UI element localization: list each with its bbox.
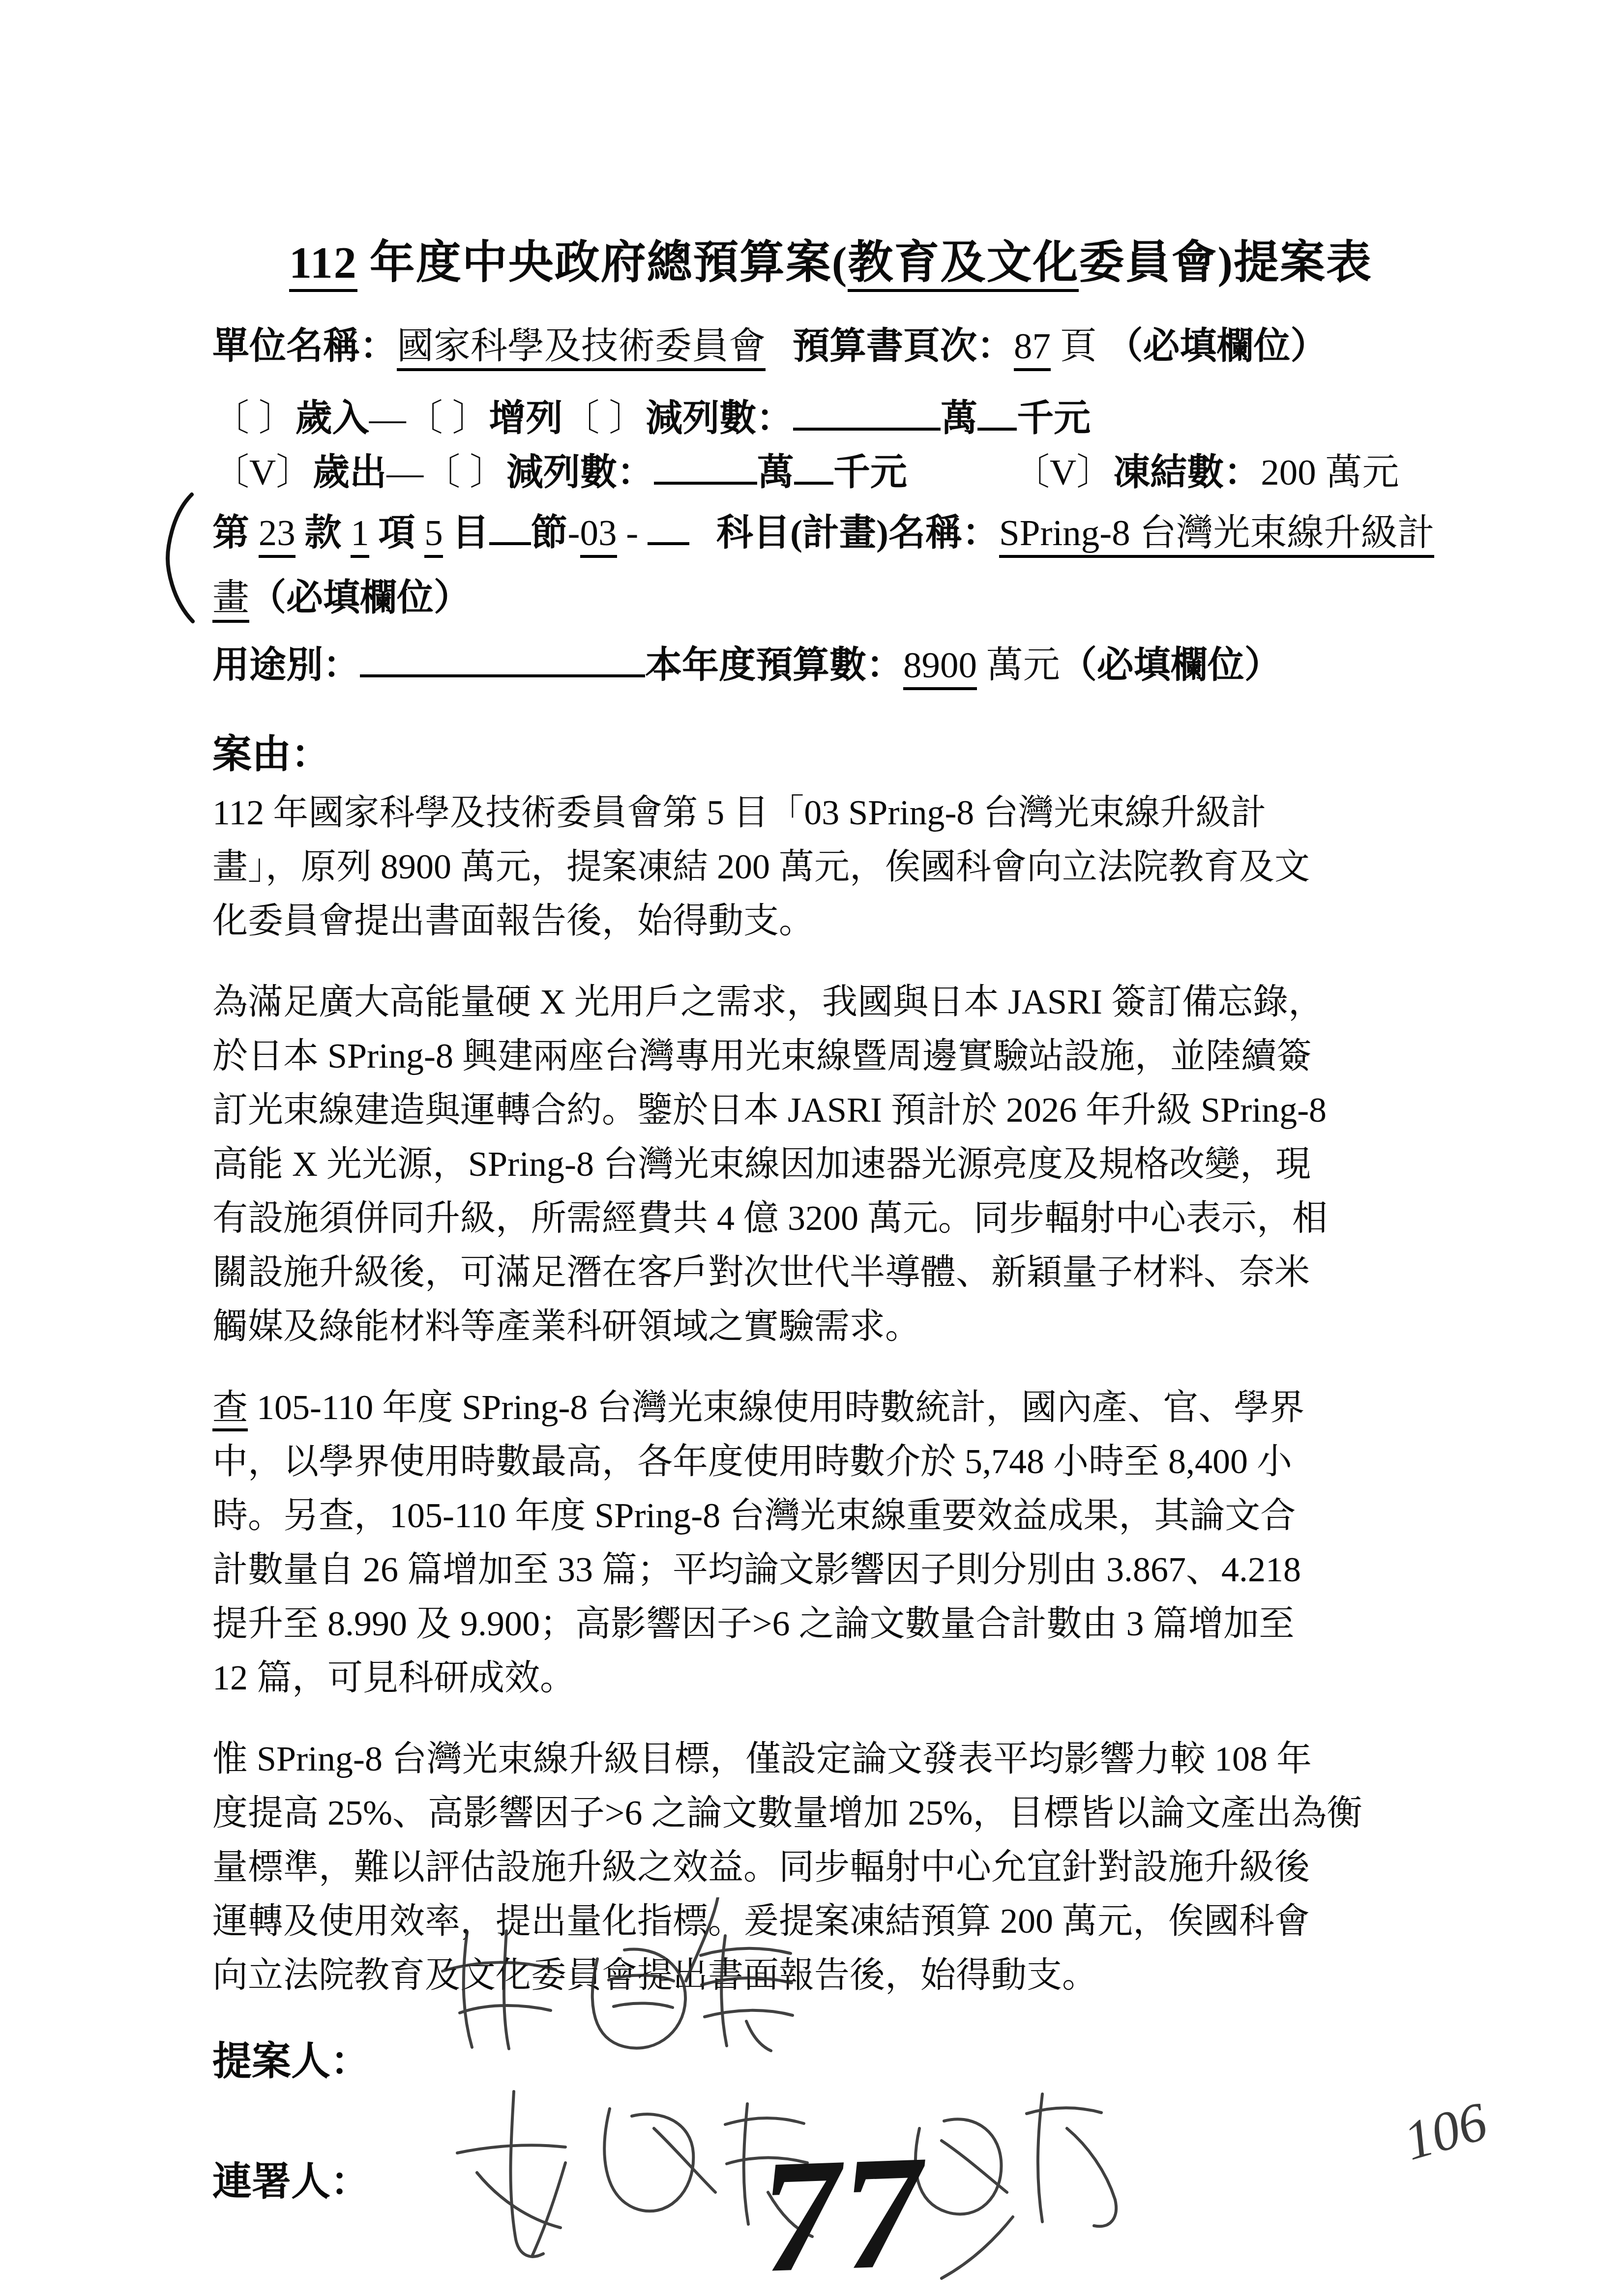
- blank-amount-field: [794, 453, 833, 485]
- case-paragraph-4: 惟 SPring-8 台灣光束線升級目標，僅設定論文發表平均影響力較 108 年…: [212, 1732, 1449, 2002]
- current-budget-label: 本年度預算數：: [645, 645, 903, 686]
- title-tail: 委員會)提案表: [1079, 237, 1372, 288]
- subject-name-value-cont: 畫: [212, 578, 249, 623]
- checkbox-checked: 〔V〕: [212, 452, 313, 493]
- subject-name-label: 科目(計畫)名稱：: [716, 513, 999, 553]
- budget-item-row: 第 23 款 1 項 5 目節-03 - 科目(計畫)名稱：SPring-8 台…: [212, 507, 1449, 560]
- page-title: 112 年度中央政府總預算案(教育及文化委員會)提案表: [212, 226, 1449, 291]
- revenue-row: 〔 〕歲入—〔 〕增列〔 〕減列數：萬千元: [212, 393, 1449, 445]
- blank-amount-field: [793, 399, 941, 431]
- blank-amount-field: [654, 453, 757, 485]
- usage-row: 用途別：本年度預算數：8900 萬元（必填欄位）: [212, 639, 1449, 692]
- add-listed-label: 增列: [489, 398, 563, 439]
- proposer-label: 提案人：: [212, 2029, 1449, 2086]
- unit-name-label: 單位名稱：: [212, 326, 397, 367]
- document-content: 112 年度中央政府總預算案(教育及文化委員會)提案表 單位名稱：國家科學及技術…: [212, 226, 1449, 2206]
- wan-unit: 萬: [941, 398, 977, 439]
- budget-page-label: 預算書頁次：: [793, 326, 1014, 367]
- revenue-label: 歲入: [295, 398, 369, 439]
- left-round-bracket: [161, 492, 201, 625]
- title-committee: 教育及文化: [848, 237, 1079, 292]
- handwritten-page-number-77: 77: [753, 2134, 932, 2294]
- usage-type-label: 用途別：: [212, 645, 360, 686]
- jie-value: 03: [580, 513, 617, 558]
- unit-name-line: 單位名稱：國家科學及技術委員會預算書頁次：87 頁 （必填欄位）: [212, 320, 1449, 373]
- checkbox-empty: 〔 〕: [212, 398, 295, 439]
- wan-unit: 萬: [757, 452, 794, 493]
- checkbox-empty: 〔 〕: [563, 398, 646, 439]
- budget-page-suffix: 頁: [1051, 326, 1097, 367]
- qian-unit: 千元: [1017, 398, 1091, 439]
- qian-unit: 千元: [833, 452, 907, 493]
- xiang-value: 1: [351, 513, 369, 558]
- blank-sub-field: [648, 513, 689, 545]
- blank-amount-field: [977, 399, 1017, 431]
- hyphen: -: [617, 513, 648, 553]
- item-mu: 目: [443, 513, 489, 553]
- expense-label: 歲出: [313, 452, 386, 493]
- mu-value: 5: [424, 513, 443, 558]
- case-paragraph-2: 為滿足廣大高能量硬 X 光用戶之需求，我國與日本 JASRI 簽訂備忘錄， 於日…: [212, 975, 1449, 1353]
- required-note: （必填欄位）: [1060, 645, 1281, 686]
- current-budget-suffix: 萬元: [977, 645, 1060, 686]
- required-note: （必填欄位）: [249, 578, 471, 618]
- checkbox-empty: 〔 〕: [406, 398, 489, 439]
- freeze-label: 凍結數：: [1113, 452, 1261, 493]
- hyphen: -: [568, 513, 580, 553]
- dash: —: [386, 452, 423, 493]
- case-paragraph-3-lead: 查: [212, 1388, 248, 1431]
- checkbox-checked: 〔V〕: [1013, 452, 1113, 493]
- cut-listed-label: 減列數：: [506, 452, 654, 493]
- case-paragraph-3-rest: 105-110 年度 SPring-8 台灣光束線使用時數統計，國內產、官、學界…: [212, 1388, 1304, 1697]
- title-year: 112: [289, 237, 357, 292]
- expense-row: 〔V〕歲出—〔 〕減列數：萬千元〔V〕凍結數：200 萬元: [212, 447, 1449, 499]
- subject-name-value: SPring-8 台灣光束線升級計: [999, 513, 1434, 558]
- unit-name-value: 國家科學及技術委員會: [397, 326, 766, 371]
- title-mid: 年度中央政府總預算案(: [357, 237, 848, 288]
- case-paragraph-1: 112 年國家科學及技術委員會第 5 目「03 SPring-8 台灣光束線升級…: [212, 785, 1449, 948]
- checkbox-empty: 〔 〕: [423, 452, 506, 493]
- dash: —: [369, 398, 406, 439]
- blank-jie-field: [489, 513, 531, 545]
- case-paragraph-3: 查 105-110 年度 SPring-8 台灣光束線使用時數統計，國內產、官、…: [212, 1380, 1449, 1705]
- blank-usage-field: [360, 645, 645, 677]
- cut-listed-label: 減列數：: [646, 398, 793, 439]
- scanned-budget-proposal-page: 112 年度中央政府總預算案(教育及文化委員會)提案表 單位名稱：國家科學及技術…: [0, 0, 1624, 2296]
- kuan-value: 23: [259, 513, 295, 558]
- budget-page-value: 87: [1014, 326, 1051, 371]
- current-budget-value: 8900: [903, 645, 977, 690]
- item-di: 第: [212, 513, 259, 553]
- budget-item-row-2: 畫（必填欄位）: [212, 572, 1449, 625]
- item-xiang: 項: [369, 513, 425, 553]
- item-jie: 節: [531, 513, 568, 553]
- freeze-value: 200 萬元: [1261, 452, 1399, 493]
- case-reason-heading: 案由：: [212, 722, 1449, 779]
- required-note: （必填欄位）: [1106, 326, 1328, 367]
- item-kuan: 款: [295, 513, 351, 553]
